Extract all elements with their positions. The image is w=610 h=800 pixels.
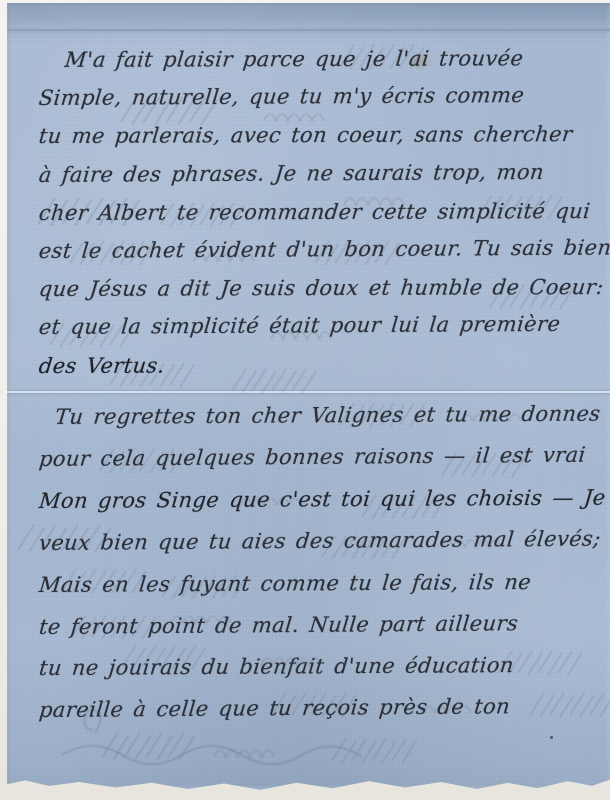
handwriting-line: tu ne jouirais du bienfait d'une éducati… <box>37 645 607 690</box>
handwriting-line: Simple, naturelle, que tu m'y écris comm… <box>37 76 606 118</box>
letter-paragraph-2: Tu regrettes ton cher Valignes et tu me … <box>37 397 602 732</box>
handwriting-line: que Jésus a dit Je suis doux et humble d… <box>37 268 606 308</box>
handwriting-line: est le cachet évident d'un bon coeur. Tu… <box>37 229 606 271</box>
handwriting-line: et que la simplicité était pour lui la p… <box>37 305 606 347</box>
letter-paragraph-1: M'a fait plaisir parce que je l'ai trouv… <box>37 41 602 385</box>
handwriting-line: des Vertus. <box>37 345 606 385</box>
handwriting-line: Mais en les fuyant comme tu le fais, ils… <box>37 561 607 606</box>
handwriting-line: cher Albert te recommander cette simplic… <box>37 192 606 232</box>
letter-photograph: M'a fait plaisir parce que je l'ai trouv… <box>0 0 610 800</box>
handwriting-line: pareille à celle que tu reçois près de t… <box>37 686 607 732</box>
handwriting-line: M'a fait plaisir parce que je l'ai trouv… <box>37 39 606 79</box>
handwriting-line: te feront point de mal. Nulle part aille… <box>37 602 607 648</box>
handwriting-line: veux bien que tu aies des camarades mal … <box>37 518 607 564</box>
handwriting-line: à faire des phrases. Je ne saurais trop,… <box>37 152 606 194</box>
handwriting-line: Mon gros Singe que c'est toi qui les cho… <box>37 477 607 522</box>
letter-paper-sheet: M'a fait plaisir parce que je l'ai trouv… <box>7 3 610 793</box>
handwriting-line: Tu regrettes ton cher Valignes et tu me … <box>37 394 607 439</box>
handwriting-line: tu me parlerais, avec ton coeur, sans ch… <box>37 115 606 155</box>
handwriting-line: pour cela quelques bonnes raisons — il e… <box>37 434 607 480</box>
